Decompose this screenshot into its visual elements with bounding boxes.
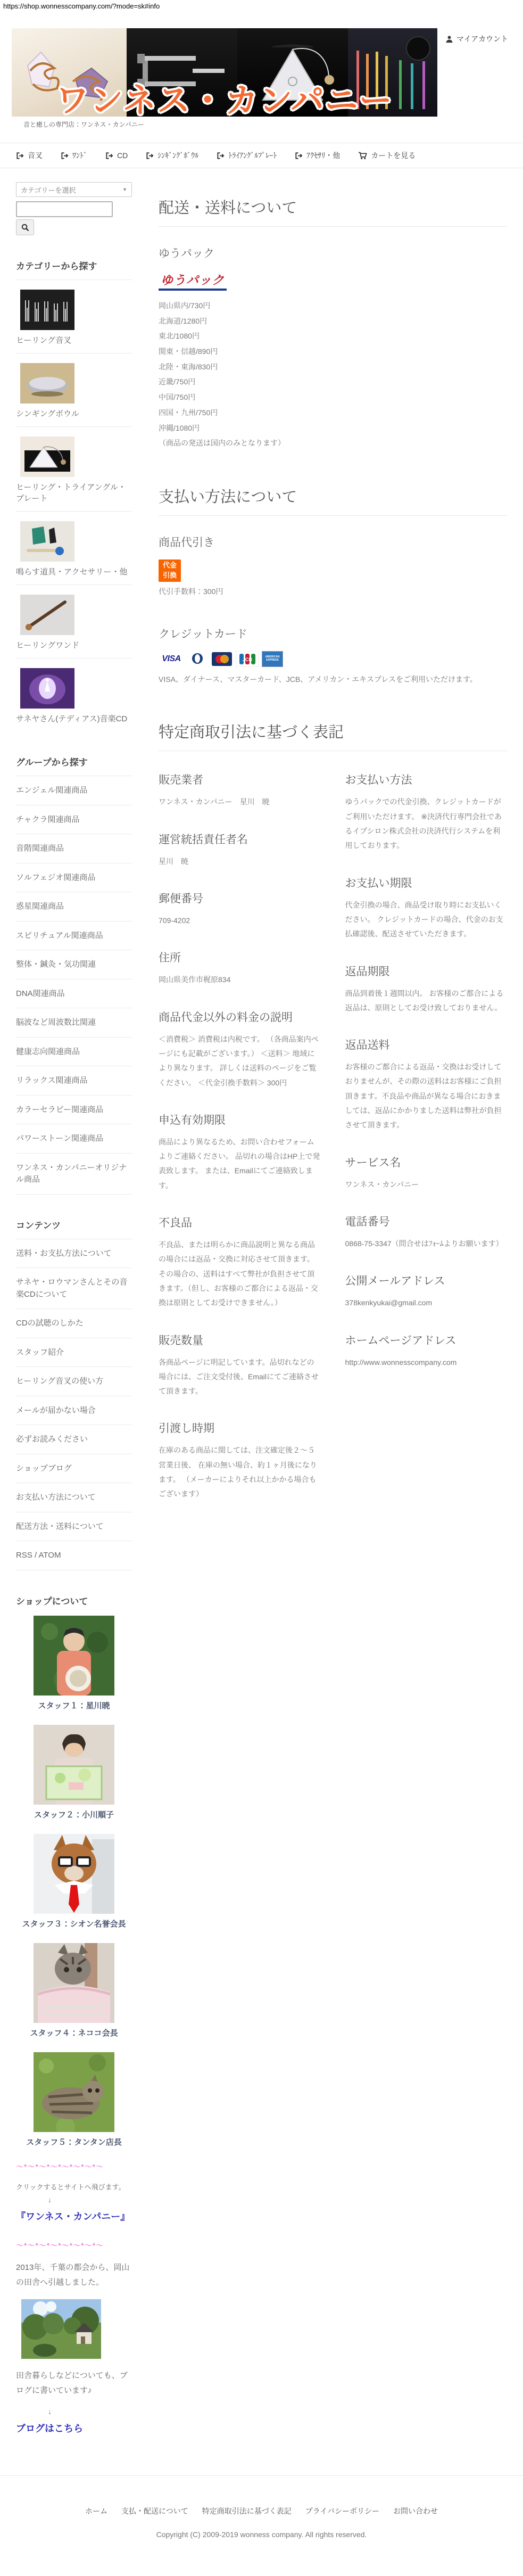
sidebar-item-brainwave[interactable]: 脳波など周波数比関連 (16, 1008, 132, 1037)
page-title-legal: 特定商取引法に基づく表記 (159, 720, 507, 751)
legal-term: 不良品 (159, 1214, 321, 1230)
footer-links: ホーム 支払・配送について 特定商取引法に基づく表記 プライバシーポリシー お問… (0, 2506, 523, 2516)
legal-value: 709-4202 (159, 913, 321, 928)
nav-label: ﾜﾝﾄﾞ (72, 150, 87, 161)
click-note: クリックするとサイトへ飛びます。 (16, 2182, 132, 2193)
rate-row: 関東・信越/890円 (159, 344, 507, 359)
domestic-only-note: （商品の発送は国内のみとなります） (159, 435, 507, 451)
category-thumb-cd (20, 668, 74, 709)
legal-value: お客様のご都合による返品・交換はお受けしておりませんが、その際の送料はお客様にご… (345, 1060, 508, 1132)
nav-item-wand[interactable]: ﾜﾝﾄﾞ (61, 150, 87, 161)
nav-label: ｱｸｾｻﾘ・他 (306, 150, 340, 161)
card-note: VISA、ダイナース、マスターカード、JCB、アメリカン・エキスプレスをご利用い… (159, 672, 507, 687)
sidebar-category-healing-wand[interactable]: ヒーリングワンド (16, 585, 132, 658)
search-icon (21, 224, 29, 232)
cod-fee: 代引手数料：300円 (159, 586, 507, 597)
shipping-section: 配送・送料について ゆうパック ゆうパック 岡山県内/730円 北海道/1280… (159, 196, 507, 451)
category-exit-icon (16, 152, 24, 160)
down-arrow: ↓ (16, 2195, 132, 2204)
yupack-logo: ゆうパック (159, 270, 227, 291)
my-account-link[interactable]: マイアカウント (445, 34, 508, 44)
nav-label: カートを見る (371, 150, 416, 161)
cod-badge-icon: 代金 引換 (159, 559, 181, 582)
banner-title: ワンネス・カンパニー (12, 74, 437, 117)
legal-term: お支払い方法 (345, 771, 508, 787)
decorative-divider: ～*～*～*～*～*～*～*～ (16, 2161, 132, 2172)
user-icon (445, 35, 453, 43)
search-button[interactable] (16, 219, 34, 235)
legal-value: 各商品ページに明記しています。品切れなどの場合には、ご注文受付後、Emailにて… (159, 1355, 321, 1399)
category-select[interactable]: カテゴリーを選択 ▼ (16, 182, 132, 197)
page-title-payment: 支払い方法について (159, 485, 507, 516)
legal-term: 郵便番号 (159, 890, 321, 906)
nav-item-singing-bowl[interactable]: ｼﾝｷﾞﾝｸﾞﾎﾞｳﾙ (146, 150, 198, 161)
sidebar-item-mail-trouble[interactable]: メールが届かない場合 (16, 1396, 132, 1425)
legal-term: 公開メールアドレス (345, 1272, 508, 1288)
rate-row: 岡山県内/730円 (159, 298, 507, 314)
nav-item-accessories[interactable]: ｱｸｾｻﾘ・他 (295, 150, 340, 161)
sidebar-item-payment-info[interactable]: お支払い方法について (16, 1483, 132, 1512)
chevron-down-icon: ▼ (122, 187, 127, 192)
legal-term: 電話番号 (345, 1213, 508, 1229)
contents-list: 送料・お支払方法について サネヤ・ロウマンさんとその音楽CDについて CDの試聴… (16, 1239, 132, 1570)
legal-term: 販売数量 (159, 1332, 321, 1348)
legal-value: 商品到着後１週間以内。 お客様のご都合による返品は、原則としてお受け致しておりま… (345, 986, 508, 1016)
sidebar-item-fork-usage[interactable]: ヒーリング音叉の使い方 (16, 1367, 132, 1396)
legal-value: 商品により異なるため、お問い合わせフォームよりご連絡ください。 品切れの場合はH… (159, 1135, 321, 1193)
legal-term: 返品期限 (345, 963, 508, 979)
staff-caption: スタッフ２：小川順子 (16, 1809, 132, 1820)
staff-caption: スタッフ３：シオン名誉会長 (16, 1918, 132, 1929)
sidebar-category-tools-accessories[interactable]: 鳴らす道具・アクセサリー・他 (16, 511, 132, 585)
legal-value: ワンネス・カンパニー (345, 1178, 508, 1192)
sidebar-item-rss-atom[interactable]: RSS / ATOM (16, 1541, 132, 1570)
category-exit-icon (105, 152, 113, 160)
category-label: シンギングボウル (16, 409, 79, 418)
legal-term: 商品代金以外の料金の説明 (159, 1009, 321, 1025)
page-title-shipping: 配送・送料について (159, 196, 507, 227)
category-label: ヒーリング・トライアングル・プレート (16, 483, 126, 503)
countryside-photo (21, 2299, 101, 2359)
category-select-value: カテゴリーを選択 (21, 185, 76, 195)
nav-label: ﾄﾗｲｱﾝｸﾞﾙﾌﾟﾚｰﾄ (228, 150, 277, 161)
footer-link-privacy[interactable]: プライバシーポリシー (305, 2506, 379, 2516)
sidebar-item-scale[interactable]: 音階関連商品 (16, 834, 132, 863)
page: https://shop.wonnesscompany.com/?mode=sk… (0, 0, 523, 2576)
category-label: 鳴らす道具・アクセサリー・他 (16, 567, 128, 577)
legal-value: ＜消費税＞ 消費税は内税です。 （各商品案内ページにも記載がございます。） ＜送… (159, 1032, 321, 1090)
legal-term: 返品送料 (345, 1036, 508, 1052)
sidebar-item-staff-intro[interactable]: スタッフ紹介 (16, 1338, 132, 1367)
card-logos: VISA JCB AMERICAN EXPRESS (159, 651, 507, 667)
staff-photo-ogawa (34, 1725, 114, 1805)
category-label: ヒーリング音叉 (16, 336, 71, 345)
staff-photo-nekoko-cat (34, 1943, 114, 2023)
sidebar-item-dna[interactable]: DNA関連商品 (16, 979, 132, 1008)
sidebar-item-saneya-cd[interactable]: サネヤ・ロウマンさんとその音楽CDについて (16, 1268, 132, 1308)
staff-card: スタッフ３：シオン名誉会長 (16, 1834, 132, 1929)
main-content: 配送・送料について ゆうパック ゆうパック 岡山県内/730円 北海道/1280… (159, 182, 507, 2438)
sidebar-item-relax[interactable]: リラックス関連商品 (16, 1066, 132, 1095)
sidebar-category-thaddeus-cd[interactable]: サネヤさん(テディアス)音楽CD (16, 658, 132, 731)
shop-banner[interactable]: ワンネス・カンパニー (12, 28, 437, 117)
payment-section: 支払い方法について 商品代引き 代金 引換 代引手数料：300円 クレジットカー… (159, 485, 507, 687)
sidebar-item-seitai[interactable]: 整体・鍼灸・気功関連 (16, 950, 132, 979)
shop-tagline: 音と癒しの専門店：ワンネス・カンパニー (12, 117, 511, 129)
legal-right-column: お支払い方法 ゆうパックでの代金引換、クレジットカードがご利用いただけます。 ※… (345, 769, 508, 1501)
rate-row: 北陸・東海/830円 (159, 359, 507, 375)
company-site-link[interactable]: 『ワンネス・カンパニー』 (16, 2209, 130, 2223)
rate-row: 沖縄/1080円 (159, 421, 507, 436)
legal-value: 岡山県美作市梶原834 (159, 973, 321, 987)
svg-text:JCB: JCB (243, 657, 253, 662)
sidebar-heading-groups: グループから探す (16, 755, 132, 768)
yupack-heading: ゆうパック (159, 245, 507, 261)
staff-photo-shion-dog (34, 1834, 114, 1914)
category-exit-icon (146, 152, 154, 160)
legal-left-column: 販売業者 ワンネス・カンパニー 星川 暁 運営統括責任者名 星川 暁 郵便番号 … (159, 769, 321, 1501)
legal-term: 販売業者 (159, 771, 321, 787)
category-thumb-triangle (20, 437, 74, 477)
nav-label: CD (117, 151, 128, 160)
copyright: Copyright (C) 2009-2019 wonness company.… (0, 2530, 523, 2539)
sidebar-item-shop-blog[interactable]: ショップブログ (16, 1454, 132, 1483)
group-list: エンジェル関連商品 チャクラ関連商品 音階関連商品 ソルフェジオ関連商品 惑星関… (16, 776, 132, 1195)
relocation-note: 2013年、千葉の都会から、岡山の田舎へ引越しました。 (16, 2260, 132, 2291)
sidebar-item-solfeggio[interactable]: ソルフェジオ関連商品 (16, 863, 132, 892)
decorative-divider: ～*～*～*～*～*～*～*～ (16, 2240, 132, 2251)
sidebar-item-shipping-payment[interactable]: 送料・お支払方法について (16, 1239, 132, 1268)
legal-term: サービス名 (345, 1154, 508, 1170)
sidebar-item-color-therapy[interactable]: カラーセラピー関連商品 (16, 1095, 132, 1124)
category-exit-icon (217, 152, 225, 160)
legal-term: 運営統括責任者名 (159, 831, 321, 847)
header: マイアカウント (0, 10, 523, 129)
category-thumb-tools (20, 521, 74, 562)
rate-row: 中国/750円 (159, 390, 507, 405)
sidebar-item-must-read[interactable]: 必ずお読みください (16, 1425, 132, 1454)
legal-value: http://www.wonnesscompany.com (345, 1355, 508, 1370)
amex-logo-icon: AMERICAN EXPRESS (262, 651, 283, 667)
staff-caption: スタッフ４：ネココ会長 (16, 2027, 132, 2038)
category-exit-icon (295, 152, 303, 160)
nav-label: ｼﾝｷﾞﾝｸﾞﾎﾞｳﾙ (157, 150, 198, 161)
legal-value: 不良品、または明らかに商品説明と異なる商品の場合には返品・交換に対応させて頂きま… (159, 1238, 321, 1310)
sidebar-item-health[interactable]: 健康志向関連商品 (16, 1037, 132, 1066)
category-label: ヒーリングワンド (16, 641, 79, 650)
category-label: サネヤさん(テディアス)音楽CD (16, 714, 127, 723)
view-cart-link[interactable]: カートを見る (358, 150, 416, 161)
staff-caption: スタッフ５：タンタン店長 (16, 2136, 132, 2147)
sidebar-item-spiritual[interactable]: スピリチュアル関連商品 (16, 921, 132, 950)
credit-card-heading: クレジットカード (159, 626, 507, 641)
my-account-label: マイアカウント (456, 34, 508, 44)
sidebar-heading-contents: コンテンツ (16, 1218, 132, 1231)
staff-card: スタッフ１：星川暁 (16, 1616, 132, 1711)
rate-row: 東北/1080円 (159, 328, 507, 344)
nav-item-onsa[interactable]: 音叉 (16, 150, 43, 161)
sidebar-item-delivery-info[interactable]: 配送方法・送料について (16, 1512, 132, 1541)
legal-value: 代金引換の場合、商品受け取り時にお支払いください。 クレジットカードの場合、代金… (345, 898, 508, 942)
legal-term: ホームページアドレス (345, 1332, 508, 1348)
sidebar: カテゴリーを選択 ▼ カテゴリーから探す ヒーリング音叉 シンギングボウル ヒー… (16, 182, 132, 2438)
staff-card: スタッフ５：タンタン店長 (16, 2052, 132, 2147)
staff-caption: スタッフ１：星川暁 (16, 1700, 132, 1711)
rate-row: 近畿/750円 (159, 374, 507, 390)
legal-value: ゆうパックでの代金引換、クレジットカードがご利用いただけます。 ※決済代行専門会… (345, 795, 508, 853)
down-arrow: ↓ (16, 2407, 132, 2416)
sidebar-category-singing-bowl[interactable]: シンギングボウル (16, 353, 132, 426)
sidebar-category-triangle-plate[interactable]: ヒーリング・トライアングル・プレート (16, 426, 132, 511)
rate-row: 北海道/1280円 (159, 314, 507, 329)
sidebar-item-original[interactable]: ワンネス・カンパニーオリジナル商品 (16, 1153, 132, 1195)
cart-icon (358, 152, 367, 160)
shipping-rate-list: 岡山県内/730円 北海道/1280円 東北/1080円 関東・信越/890円 … (159, 298, 507, 451)
legal-section: 特定商取引法に基づく表記 販売業者 ワンネス・カンパニー 星川 暁 運営統括責任… (159, 720, 507, 1501)
legal-value: 0868-75-3347（問合せはﾌｫｰﾑよりお願います） (345, 1237, 508, 1251)
sidebar-item-cd-preview[interactable]: CDの試聴のしかた (16, 1308, 132, 1338)
legal-value: 在庫のある商品に関しては、注文確定後２～５営業日後、 在庫の無い場合、約１ヶ月後… (159, 1443, 321, 1501)
staff-photo-hoshikawa (34, 1616, 114, 1696)
blog-link[interactable]: ブログはこちら (16, 2421, 83, 2435)
mastercard-logo-icon (211, 651, 233, 667)
category-exit-icon (61, 152, 69, 160)
browser-url: https://shop.wonnesscompany.com/?mode=sk… (0, 0, 523, 10)
staff-card: スタッフ２：小川順子 (16, 1725, 132, 1820)
footer-link-contact[interactable]: お問い合わせ (393, 2506, 438, 2516)
footer-link-home[interactable]: ホーム (85, 2506, 107, 2516)
main-nav: 音叉 ﾜﾝﾄﾞ CD ｼﾝｷﾞﾝｸﾞﾎﾞｳﾙ ﾄﾗｲｱﾝｸﾞﾙﾌﾟﾚｰﾄ ｱｸｾ… (0, 143, 523, 168)
nav-item-cd[interactable]: CD (105, 151, 128, 160)
nav-label: 音叉 (28, 150, 43, 161)
rate-row: 四国・九州/750円 (159, 405, 507, 421)
sidebar-item-angel[interactable]: エンジェル関連商品 (16, 776, 132, 805)
nav-item-triangle-plate[interactable]: ﾄﾗｲｱﾝｸﾞﾙﾌﾟﾚｰﾄ (217, 150, 277, 161)
blog-note: 田舎暮らしなどについても、ブログに書いています♪ (16, 2368, 132, 2399)
footer-link-legal[interactable]: 特定商取引法に基づく表記 (202, 2506, 292, 2516)
category-thumb-singing-bowl (20, 363, 74, 404)
category-thumb-tuning-forks (20, 290, 74, 330)
sidebar-item-power-stone[interactable]: パワーストーン関連商品 (16, 1124, 132, 1153)
jcb-logo-icon: JCB (236, 651, 259, 667)
staff-photo-tantan-cat (34, 2052, 114, 2132)
legal-term: お支払い期限 (345, 875, 508, 891)
sidebar-category-healing-onsa[interactable]: ヒーリング音叉 (16, 279, 132, 353)
sidebar-item-planet[interactable]: 惑星関連商品 (16, 892, 132, 921)
legal-term: 住所 (159, 949, 321, 965)
legal-term: 引渡し時期 (159, 1420, 321, 1436)
staff-card: スタッフ４：ネココ会長 (16, 1943, 132, 2038)
sidebar-heading-shop: ショップについて (16, 1594, 132, 1607)
sidebar-heading-categories: カテゴリーから探す (16, 259, 132, 272)
sidebar-item-chakra[interactable]: チャクラ関連商品 (16, 805, 132, 834)
legal-term: 申込有効期限 (159, 1112, 321, 1127)
legal-value: 378kenkyukai@gmail.com (345, 1296, 508, 1310)
cod-heading: 商品代引き (159, 534, 507, 550)
category-thumb-wand (20, 595, 74, 635)
visa-logo-icon: VISA (159, 651, 184, 667)
footer-link-payment-shipping[interactable]: 支払・配送について (121, 2506, 188, 2516)
footer: ホーム 支払・配送について 特定商取引法に基づく表記 プライバシーポリシー お問… (0, 2475, 523, 2576)
search-input[interactable] (16, 201, 113, 217)
legal-value: ワンネス・カンパニー 星川 暁 (159, 795, 321, 809)
legal-value: 星川 暁 (159, 854, 321, 869)
diners-logo-icon (187, 651, 208, 667)
